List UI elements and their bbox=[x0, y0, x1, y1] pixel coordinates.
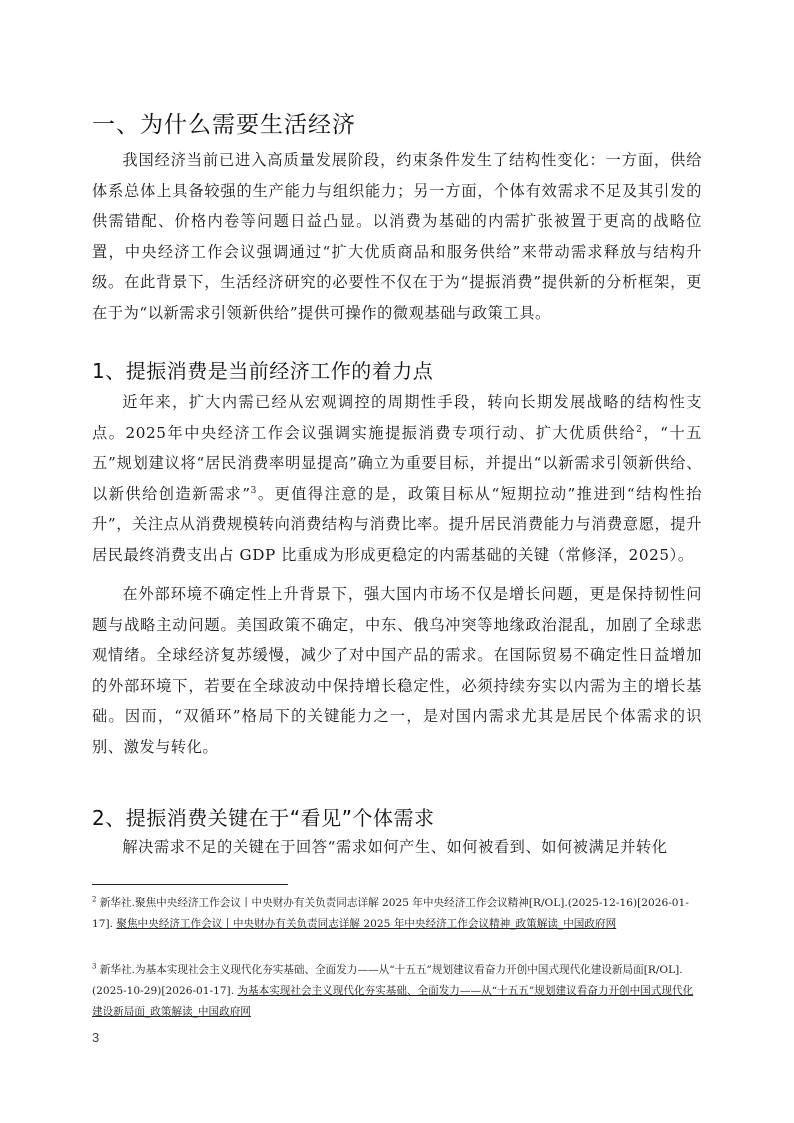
subsection-heading-2: 2、提振消费关键在于“看见”个体需求 bbox=[92, 802, 434, 831]
subsection-2-paragraph: 解决需求不足的关键在于回答“需求如何产生、如何被看到、如何被满足并转化 bbox=[92, 832, 702, 863]
section-heading: 一、为什么需要生活经济 bbox=[92, 106, 356, 139]
page-number: 3 bbox=[92, 1030, 99, 1045]
footnote-link[interactable]: 聚焦中央经济工作会议丨中央财办有关负责同志详解 2025 年中央经济工作会议精神… bbox=[116, 918, 616, 930]
subsection-heading-1: 1、提振消费是当前经济工作的着力点 bbox=[92, 355, 433, 384]
footnote-3: 3 新华社.为基本实现社会主义现代化夯实基础、全面发力——从“十五五”规划建议看… bbox=[92, 960, 702, 1023]
footnote-separator bbox=[92, 884, 288, 885]
paragraph-text: 近年来，扩大内需已经从宏观调控的周期性手段，转向长期发展战略的结构性支点。202… bbox=[92, 393, 702, 442]
footnote-2: 2 新华社.聚焦中央经济工作会议丨中央财办有关负责同志详解 2025 年中央经济… bbox=[92, 893, 702, 935]
section-paragraph: 我国经济当前已进入高质量发展阶段，约束条件发生了结构性变化：一方面，供给体系总体… bbox=[92, 145, 702, 329]
subsection-1-paragraph-1: 近年来，扩大内需已经从宏观调控的周期性手段，转向长期发展战略的结构性支点。202… bbox=[92, 387, 702, 571]
subsection-1-paragraph-2: 在外部环境不确定性上升背景下，强大国内市场不仅是增长问题，更是保持韧性问题与战略… bbox=[92, 579, 702, 763]
